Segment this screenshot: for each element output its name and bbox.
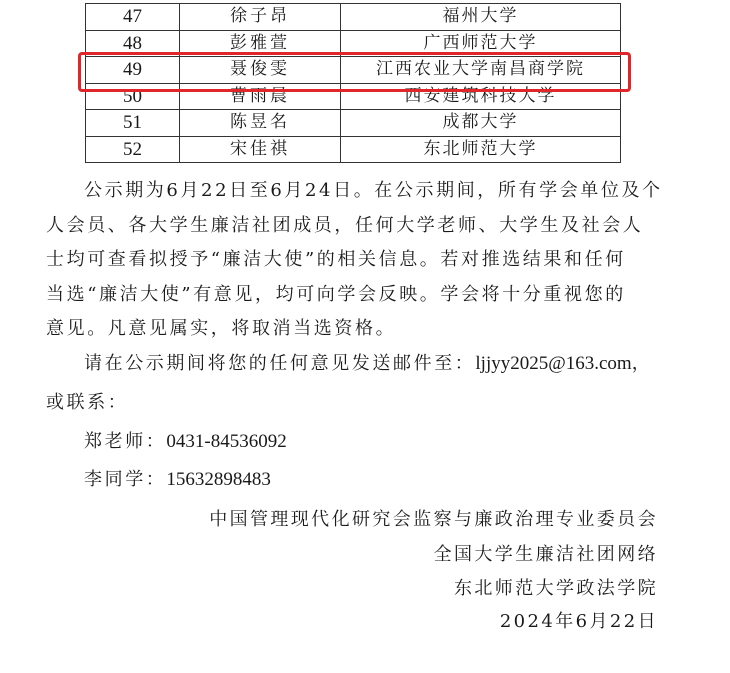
email-link[interactable]: ljjyy2025@163.com	[475, 353, 631, 374]
para1-line-1: 公示期为6月22日至6月24日。在公示期间，所有学会单位及个	[84, 176, 663, 202]
nominee-school: 福州大学	[341, 4, 621, 31]
contact-intro: 或联系：	[46, 388, 128, 414]
para1-line-5: 意见。凡意见属实，将取消当选资格。	[46, 314, 396, 340]
para1-line-3: 士均可查看拟授予“廉洁大使”的相关信息。若对推选结果和任何	[46, 245, 626, 271]
nominee-name: 宋佳祺	[180, 136, 341, 163]
row-number: 47	[86, 4, 180, 31]
para1-line-2: 人会员、各大学生廉洁社团成员，任何大学老师、大学生及社会人	[46, 211, 643, 237]
table-row: 52 宋佳祺 东北师范大学	[86, 136, 621, 163]
para1-line-4: 当选“廉洁大使”有意见，均可向学会反映。学会将十分重视您的	[46, 280, 626, 306]
email-suffix: ，	[632, 353, 653, 374]
email-prefix: 请在公示期间将您的任何意见发送邮件至：	[84, 353, 475, 374]
contact-teacher: 郑老师：0431-84536092	[84, 427, 287, 453]
row-number: 51	[86, 110, 180, 137]
signature-org-3: 东北师范大学政法学院	[454, 574, 658, 600]
table-row: 51 陈昱名 成都大学	[86, 110, 621, 137]
table-row: 47 徐子昂 福州大学	[86, 4, 621, 31]
contact-student: 李同学：15632898483	[84, 465, 271, 491]
signature-date: 2024年6月22日	[500, 607, 658, 633]
contact-phone: 15632898483	[166, 469, 271, 490]
contact-phone: 0431-84536092	[166, 431, 286, 452]
signature-org-2: 全国大学生廉洁社团网络	[434, 540, 658, 566]
nominee-name: 陈昱名	[180, 110, 341, 137]
contact-label: 李同学：	[84, 469, 166, 490]
contact-label: 郑老师：	[84, 431, 166, 452]
nominee-name: 徐子昂	[180, 4, 341, 31]
signature-org-1: 中国管理现代化研究会监察与廉政治理专业委员会	[209, 505, 658, 531]
email-line: 请在公示期间将您的任何意见发送邮件至：ljjyy2025@163.com，	[84, 349, 652, 375]
red-highlight-box	[78, 52, 631, 92]
row-number: 52	[86, 136, 180, 163]
nominee-school: 东北师范大学	[341, 136, 621, 163]
nominee-school: 成都大学	[341, 110, 621, 137]
